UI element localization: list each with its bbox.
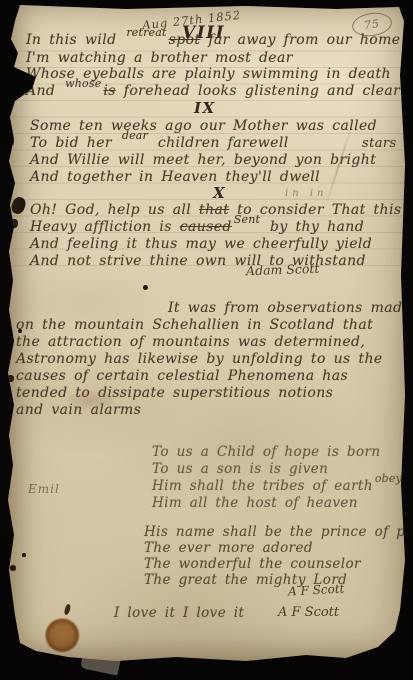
manuscript-line: The ever more adored: [144, 540, 413, 556]
manuscript-line: To us a Child of hope is born: [152, 444, 404, 461]
ink-speck: [9, 195, 27, 215]
ink-speck: [18, 329, 22, 333]
ink-drip: [64, 604, 72, 616]
inserted-word: Sent: [234, 213, 260, 226]
page-number: 75: [363, 17, 381, 32]
manuscript-line: Heavy affliction is causedSent by thy ha…: [30, 219, 401, 237]
scan-background: Aug 27th 1852 75 VIII In this wild retre…: [0, 0, 413, 680]
poem-stanza-ix: Some ten weeks ago our Mother was called…: [30, 118, 377, 185]
manuscript-line: To us a son is is given: [152, 461, 404, 478]
manuscript-line: the attraction of mountains was determin…: [16, 334, 411, 351]
roman-numeral-ix: IX: [194, 99, 216, 117]
manuscript-line: Some ten weeks ago our Mother was called: [30, 118, 377, 135]
manuscript-line: I'm watching a brother most dear: [26, 50, 406, 67]
manuscript-line: His name shall be the prince of peace: [144, 524, 413, 540]
ink-speck: [10, 565, 16, 571]
inserted-word: dear: [122, 129, 148, 142]
ink-speck: [143, 285, 148, 290]
ink-speck: [8, 138, 14, 146]
inserted-word: retreat: [126, 26, 166, 39]
manuscript-line: Oh! God, help us all that to consider Th…: [30, 202, 401, 219]
poem-stanza-viii: In this wild retreatspot far away from o…: [26, 32, 406, 100]
manuscript-line: And not strive thine own will to withsta…: [30, 253, 401, 270]
ink-speck: [22, 553, 26, 557]
hymn-stanza-2: His name shall be the prince of peace Th…: [144, 524, 413, 588]
closing-signature: A F Scott: [278, 605, 339, 620]
hymn-stanza-1: To us a Child of hope is born To us a so…: [152, 444, 404, 512]
margin-note-emil: Emil: [28, 482, 60, 496]
manuscript-line: And feeling it thus may we cheerfully yi…: [30, 236, 401, 253]
manuscript-line: on the mountain Schehallien in Scotland …: [16, 317, 411, 334]
manuscript-line: causes of certain celestial Phenomena ha…: [16, 368, 411, 385]
paper-smudge: [68, 391, 114, 409]
ink-stain: [44, 617, 82, 655]
roman-numeral-x: X: [213, 184, 226, 202]
closing-line: I love it I love it: [114, 605, 244, 622]
pencil-note: in in: [285, 188, 327, 199]
manuscript-line: Him all the host of heaven: [152, 495, 404, 512]
manuscript-line: The great the mighty Lord: [144, 572, 413, 588]
struck-word: that: [199, 202, 229, 218]
inserted-word: obey: [375, 472, 402, 485]
manuscript-page: Aug 27th 1852 75 VIII In this wild retre…: [6, 5, 406, 665]
signature-adam-scott: Adam Scott: [246, 261, 320, 279]
manuscript-line: The wonderful the counselor: [144, 556, 413, 572]
struck-word: spot: [169, 32, 201, 48]
manuscript-line: It was from observations made: [16, 300, 411, 317]
manuscript-line: And whoseis forehead looks glistening an…: [26, 83, 406, 101]
manuscript-line: In this wild retreatspot far away from o…: [26, 32, 406, 50]
manuscript-line: And Willie will meet her, beyond yon bri…: [30, 152, 377, 169]
manuscript-line: To bid her dear children farewell: [30, 135, 377, 153]
manuscript-line: Astronomy has likewise by unfolding to u…: [16, 351, 411, 368]
struck-word: is: [103, 83, 115, 99]
manuscript-line: And together in Heaven they'll dwell: [30, 169, 377, 186]
ink-speck: [10, 219, 18, 228]
poem-stanza-x: Oh! God, help us all that to consider Th…: [30, 202, 401, 269]
manuscript-line: Him shall the tribes of earthobey: [152, 478, 404, 495]
ink-speck: [7, 375, 14, 382]
inserted-word: whose: [65, 77, 101, 90]
signature-af-scott: A F Scott: [288, 582, 345, 599]
struck-word: caused: [180, 219, 232, 235]
overflow-word-stars: stars: [362, 136, 397, 153]
